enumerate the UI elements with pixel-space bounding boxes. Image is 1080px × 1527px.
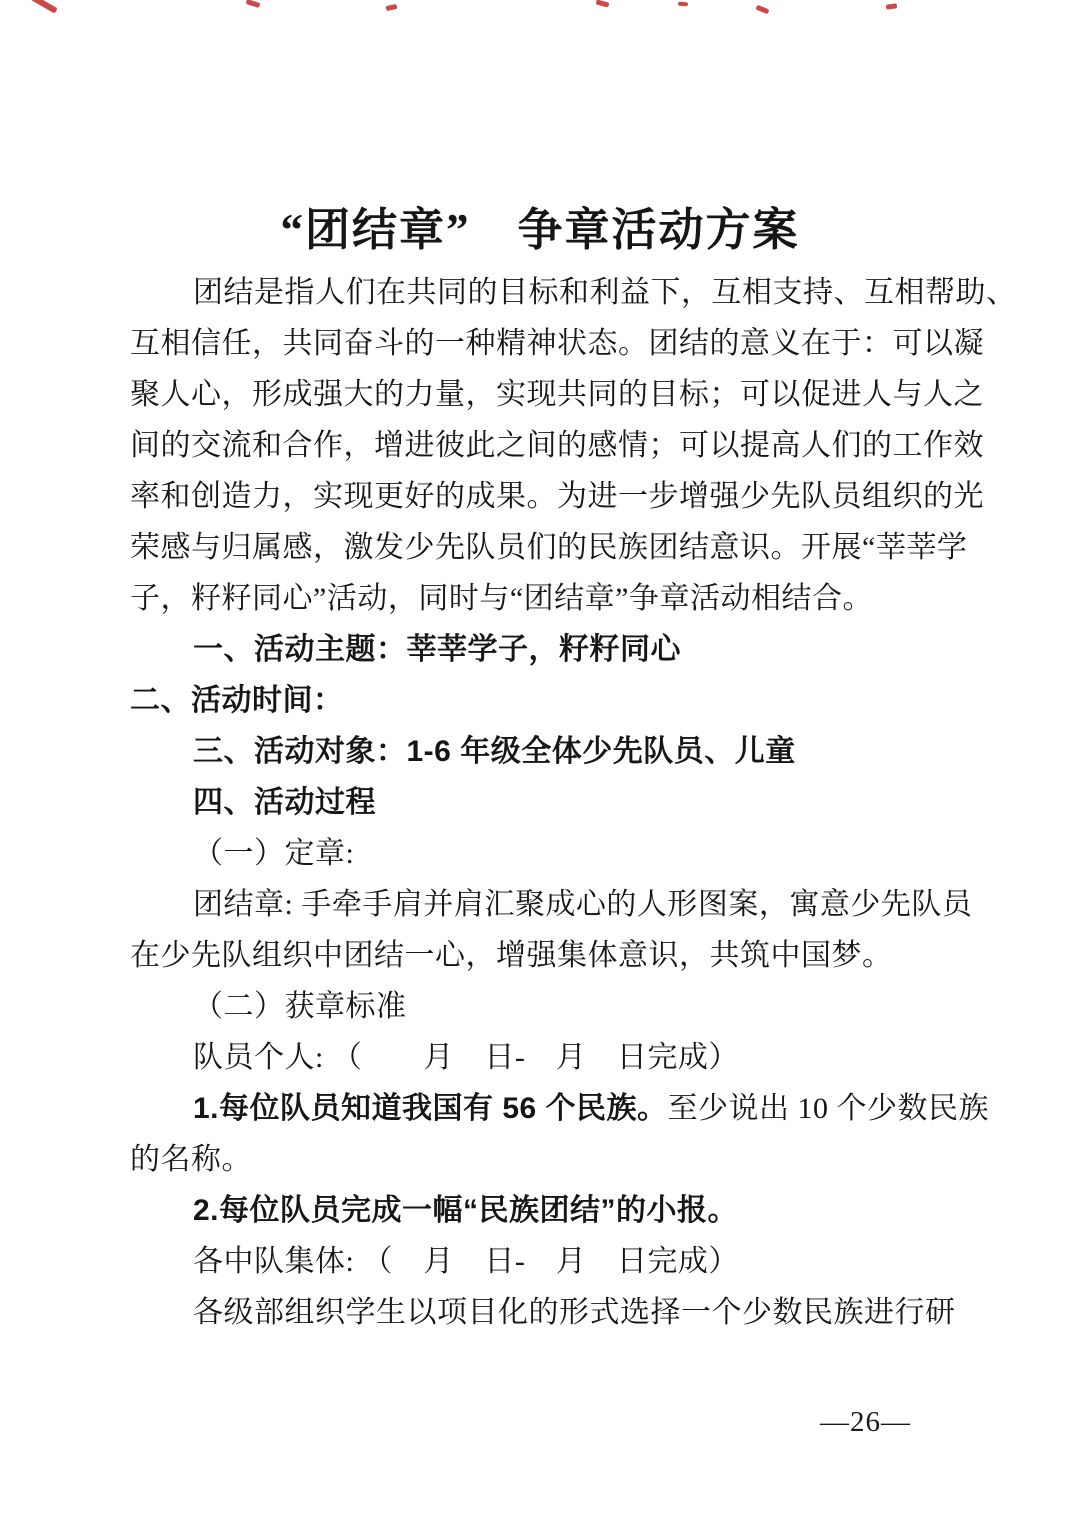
red-ink-mark [246, 0, 261, 8]
text-segment-kai: 在少先队组织中团结一心，增强集体意识，共筑中国梦。 [130, 939, 893, 972]
text-segment-body: 子，籽籽同心”活动，同时与“团结章”争章活动相结合。 [130, 582, 873, 615]
text-segment-body: 荣感与归属感，激发少先队员们的民族团结意识。开展“莘莘学 [130, 531, 967, 564]
text-segment-kai: 团结章: 手牵手肩并肩汇聚成心的人形图案，寓意少先队员 [193, 888, 972, 921]
text-segment-hei: 二、活动时间： [130, 684, 344, 717]
text-line: 各级部组织学生以项目化的形式选择一个少数民族进行研 [130, 1287, 954, 1338]
text-segment-hei: 四、活动过程 [193, 786, 376, 819]
text-line: 四、活动过程 [130, 777, 954, 828]
red-ink-mark [678, 2, 688, 7]
text-segment-body: 率和创造力，实现更好的成果。为进一步增强少先队员组织的光 [130, 480, 984, 513]
text-line: （一）定章: [130, 828, 954, 879]
text-segment-body: 的名称。 [130, 1143, 252, 1176]
document-page: “团结章” 争章活动方案 团结是指人们在共同的目标和利益下，互相支持、互相帮助、… [0, 0, 1080, 1527]
red-ink-mark [886, 3, 898, 9]
text-line: 互相信任，共同奋斗的一种精神状态。团结的意义在于：可以凝 [130, 318, 954, 369]
text-line: 2.每位队员完成一幅“民族团结”的小报。 [130, 1185, 954, 1236]
text-segment-kai: 各级部组织学生以项目化的形式选择一个少数民族进行研 [193, 1296, 956, 1329]
text-segment-hei: 2.每位队员完成一幅“民族团结”的小报。 [193, 1194, 738, 1227]
text-segment-body: 团结是指人们在共同的目标和利益下，互相支持、互相帮助、 [193, 276, 1017, 309]
text-segment-body: 互相信任，共同奋斗的一种精神状态。团结的意义在于：可以凝 [130, 327, 984, 360]
text-segment-kai: （二）获章标准 [193, 990, 407, 1023]
text-line: 在少先队组织中团结一心，增强集体意识，共筑中国梦。 [130, 930, 954, 981]
text-segment-hei: 三、活动对象：1-6 年级全体少先队员、儿童 [193, 735, 796, 768]
text-line: 一、活动主题：莘莘学子，籽籽同心 [130, 624, 954, 675]
red-ink-mark [756, 5, 770, 15]
text-line: 聚人心，形成强大的力量，实现共同的目标；可以促进人与人之 [130, 369, 954, 420]
text-line: 二、活动时间： [130, 675, 954, 726]
text-line: 队员个人: （ 月 日- 月 日完成） [130, 1032, 954, 1083]
document-title: “团结章” 争章活动方案 [128, 202, 952, 258]
red-ink-mark [596, 0, 610, 8]
red-ink-mark [386, 4, 398, 11]
text-segment-kai: 各中队集体: （ 月 日- 月 日完成） [193, 1245, 739, 1278]
text-segment-kai: （一）定章: [193, 837, 354, 870]
text-line: 三、活动对象：1-6 年级全体少先队员、儿童 [130, 726, 954, 777]
text-segment-hei: 一、活动主题：莘莘学子，籽籽同心 [193, 633, 681, 666]
text-segment-body: 至少说出 10 个少数民族 [668, 1092, 990, 1125]
text-line: 团结章: 手牵手肩并肩汇聚成心的人形图案，寓意少先队员 [130, 879, 954, 930]
text-line: 率和创造力，实现更好的成果。为进一步增强少先队员组织的光 [130, 471, 954, 522]
text-line: 1.每位队员知道我国有 56 个民族。至少说出 10 个少数民族 [130, 1083, 954, 1134]
text-segment-kai: 队员个人: （ 月 日- 月 日完成） [193, 1041, 739, 1074]
page-number: —26— [820, 1405, 911, 1439]
text-line: 的名称。 [130, 1134, 954, 1185]
text-segment-body: 聚人心，形成强大的力量，实现共同的目标；可以促进人与人之 [130, 378, 984, 411]
text-line: 间的交流和合作，增进彼此之间的感情；可以提高人们的工作效 [130, 420, 954, 471]
text-line: 荣感与归属感，激发少先队员们的民族团结意识。开展“莘莘学 [130, 522, 954, 573]
text-line: 各中队集体: （ 月 日- 月 日完成） [130, 1236, 954, 1287]
text-line: （二）获章标准 [130, 981, 954, 1032]
document-body: 团结是指人们在共同的目标和利益下，互相支持、互相帮助、互相信任，共同奋斗的一种精… [130, 267, 954, 1338]
text-segment-body: 间的交流和合作，增进彼此之间的感情；可以提高人们的工作效 [130, 429, 984, 462]
red-ink-mark [30, 0, 57, 14]
text-line: 子，籽籽同心”活动，同时与“团结章”争章活动相结合。 [130, 573, 954, 624]
text-segment-hei: 1.每位队员知道我国有 56 个民族。 [193, 1092, 668, 1125]
text-line: 团结是指人们在共同的目标和利益下，互相支持、互相帮助、 [130, 267, 954, 318]
